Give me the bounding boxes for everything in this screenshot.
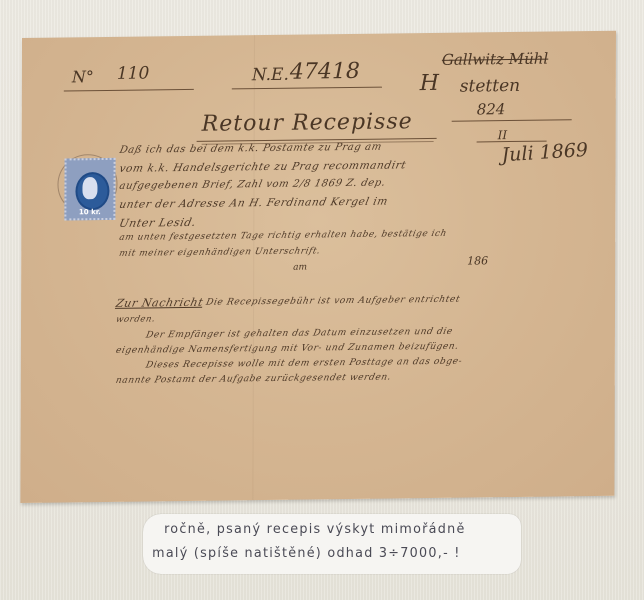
note-line-1: Die Recepissegebühr ist vom Aufgeber ent…	[205, 295, 461, 308]
receipt-document: N° 110 N.E. 47418 H Gallwitz Mühl stette…	[20, 31, 616, 503]
body-line-2: vom k.k. Handelsgerichte zu Prag recomma…	[118, 159, 407, 175]
note-line-5: Dieses Recepisse wolle mit dem ersten Po…	[145, 357, 463, 371]
note-line-3: Der Empfänger ist gehalten das Datum ein…	[145, 327, 454, 341]
body-line-5: Unter Lesid.	[118, 216, 198, 230]
number-label: N°	[72, 67, 94, 86]
year-partial: 186	[467, 254, 488, 267]
place-line1: Gallwitz Mühl	[442, 50, 548, 69]
registration-label: N.E.	[252, 65, 289, 85]
collector-note-line-2: malý (spíše natištěné) odhad 3÷7000,- !	[152, 546, 461, 561]
note-line-4: eigenhändige Namensfertigung mit Vor- un…	[115, 342, 460, 356]
note-line-2: worden.	[115, 314, 156, 325]
signature-marker: am	[293, 263, 307, 273]
place-prefix: H	[420, 71, 439, 96]
date-month-year: Juli 1869	[501, 139, 588, 167]
body-line-1: Daß ich das bei dem k.k. Postamte zu Pra…	[118, 142, 382, 156]
body-line-3: aufgegebenen Brief, Zahl vom 2/8 1869 Z.…	[118, 178, 386, 192]
stamp-portrait	[82, 177, 97, 199]
collector-note-label: ročně, psaný recepis výskyt mimořádně ma…	[143, 514, 521, 574]
stamp-denomination: 10 kr.	[66, 208, 113, 217]
registration-value: 47418	[290, 59, 360, 85]
body-line-4: unter der Adresse An H. Ferdinand Kergel…	[118, 196, 389, 211]
postage-stamp: 10 kr.	[64, 158, 115, 221]
collector-note-line-1: ročně, psaný recepis výskyt mimořádně	[164, 522, 465, 537]
number-underline	[64, 89, 194, 92]
document-title: Retour Recepisse	[202, 109, 413, 137]
paper-fold	[252, 35, 255, 500]
number-value: 110	[117, 63, 150, 83]
note-line-6: nannte Postamt der Aufgabe zurückgesende…	[115, 372, 392, 385]
date-day: II	[498, 128, 508, 142]
place-line3: 824	[477, 100, 506, 118]
body-line-6: am unten festgesetzten Tage richtig erha…	[118, 229, 448, 243]
note-heading: Zur Nachricht	[115, 296, 205, 310]
body-line-7: mit meiner eigenhändigen Unterschrift.	[118, 246, 321, 258]
place-underline	[452, 119, 572, 121]
place-line2: stetten	[460, 76, 520, 97]
